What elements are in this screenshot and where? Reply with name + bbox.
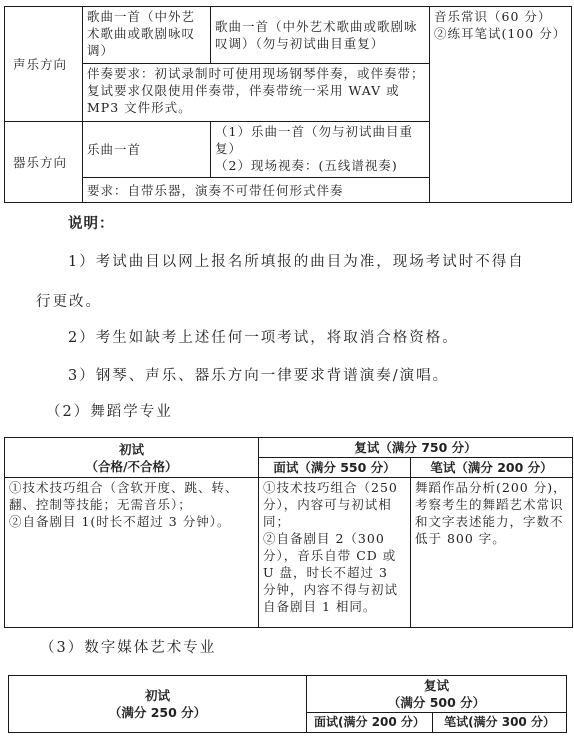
instrumental-direction-label: 器乐方向 [5,122,83,203]
note-item-2: 2）考生如缺考上述任何一项考试，将取消合格资格。 [68,326,459,347]
dm-written-header: 笔试(满分 300 分） [433,713,567,733]
notes-title: 说明： [68,212,115,233]
instrumental-requirement-cell: 要求：自带乐器，演奏不可带任何形式伴奏 [83,178,430,203]
section2-heading: （2）舞蹈学专业 [46,400,173,421]
music-exam-table: 声乐方向 歌曲一首（中外艺术歌曲或歌剧咏叹调） 歌曲一首（中外艺术歌曲或歌剧咏叹… [4,6,572,203]
dance-written-header: 笔试（满分 200 分） [411,458,573,478]
instrumental-initial-cell: 乐曲一首 [83,122,211,178]
dance-written-body: 舞蹈作品分析(200 分)，考察考生的舞蹈艺术常识和文字表述能力，字数不低于 8… [411,478,573,628]
vocal-initial-cell: 歌曲一首（中外艺术歌曲或歌剧咏叹调） [83,7,211,64]
vocal-direction-label: 声乐方向 [5,7,83,122]
instrumental-retest-line1: （1）乐曲一首（勿与初试曲目重复） [215,123,425,157]
instrumental-retest-line2: （2）现场视奏：(五线谱视奏) [215,157,425,174]
dm-initial-header-line1: 初试 [13,687,302,704]
written-exam-cell: 音乐常识（60 分） ②练耳笔试(100 分） [430,7,572,203]
instrumental-retest-cell: （1）乐曲一首（勿与初试曲目重复） （2）现场视奏：(五线谱视奏) [211,122,430,178]
dm-retest-header-line2: （满分 500 分） [311,694,562,711]
note-item-1-cont: 行更改。 [36,290,102,311]
vocal-retest-cell: 歌曲一首（中外艺术歌曲或歌剧咏叹调）（勿与初试曲目重复） [211,7,430,64]
section3-heading: （3）数字媒体艺术专业 [40,636,216,657]
written-exam-line2: ②练耳笔试(100 分） [434,25,567,42]
dm-initial-header: 初试 （满分 250 分） [9,676,307,733]
dance-initial-body: ①技术技巧组合（含软开度、跳、转、翻、控制等技能；无需音乐）； ②自备剧目 1(… [5,478,259,628]
dm-interview-header: 面试(满分 200 分） [307,713,433,733]
dance-interview-body: ①技术技巧组合（250 分），内容可与初试相同； ②自备剧目 2（300 分），… [259,478,411,628]
dm-retest-header: 复试 （满分 500 分） [307,676,567,713]
dm-initial-header-line2: （满分 250 分） [13,704,302,721]
dm-retest-header-line1: 复试 [311,677,562,694]
note-item-3: 3）钢琴、声乐、器乐方向一律要求背谱演奏/演唱。 [68,364,449,385]
written-exam-line1: 音乐常识（60 分） [434,8,567,25]
digital-media-exam-table: 初试 （满分 250 分） 复试 （满分 500 分） 面试(满分 200 分）… [8,675,567,733]
note-item-1: 1）考试曲目以网上报名所填报的曲目为准，现场考试时不得自 [68,250,525,271]
dance-initial-header-line2: （合格/不合格） [9,458,254,475]
dance-exam-table: 初试 （合格/不合格） 复试（满分 750 分） 面试（满分 550 分） 笔试… [4,437,573,628]
dance-interview-header: 面试（满分 550 分） [259,458,411,478]
dance-initial-header: 初试 （合格/不合格） [5,438,259,478]
dance-retest-header: 复试（满分 750 分） [259,438,573,458]
vocal-accompaniment-cell: 伴奏要求：初试录制时可使用现场钢琴伴奏，或伴奏带；复试要求仅限使用伴奏带，伴奏带… [83,64,430,122]
dance-initial-header-line1: 初试 [9,441,254,458]
